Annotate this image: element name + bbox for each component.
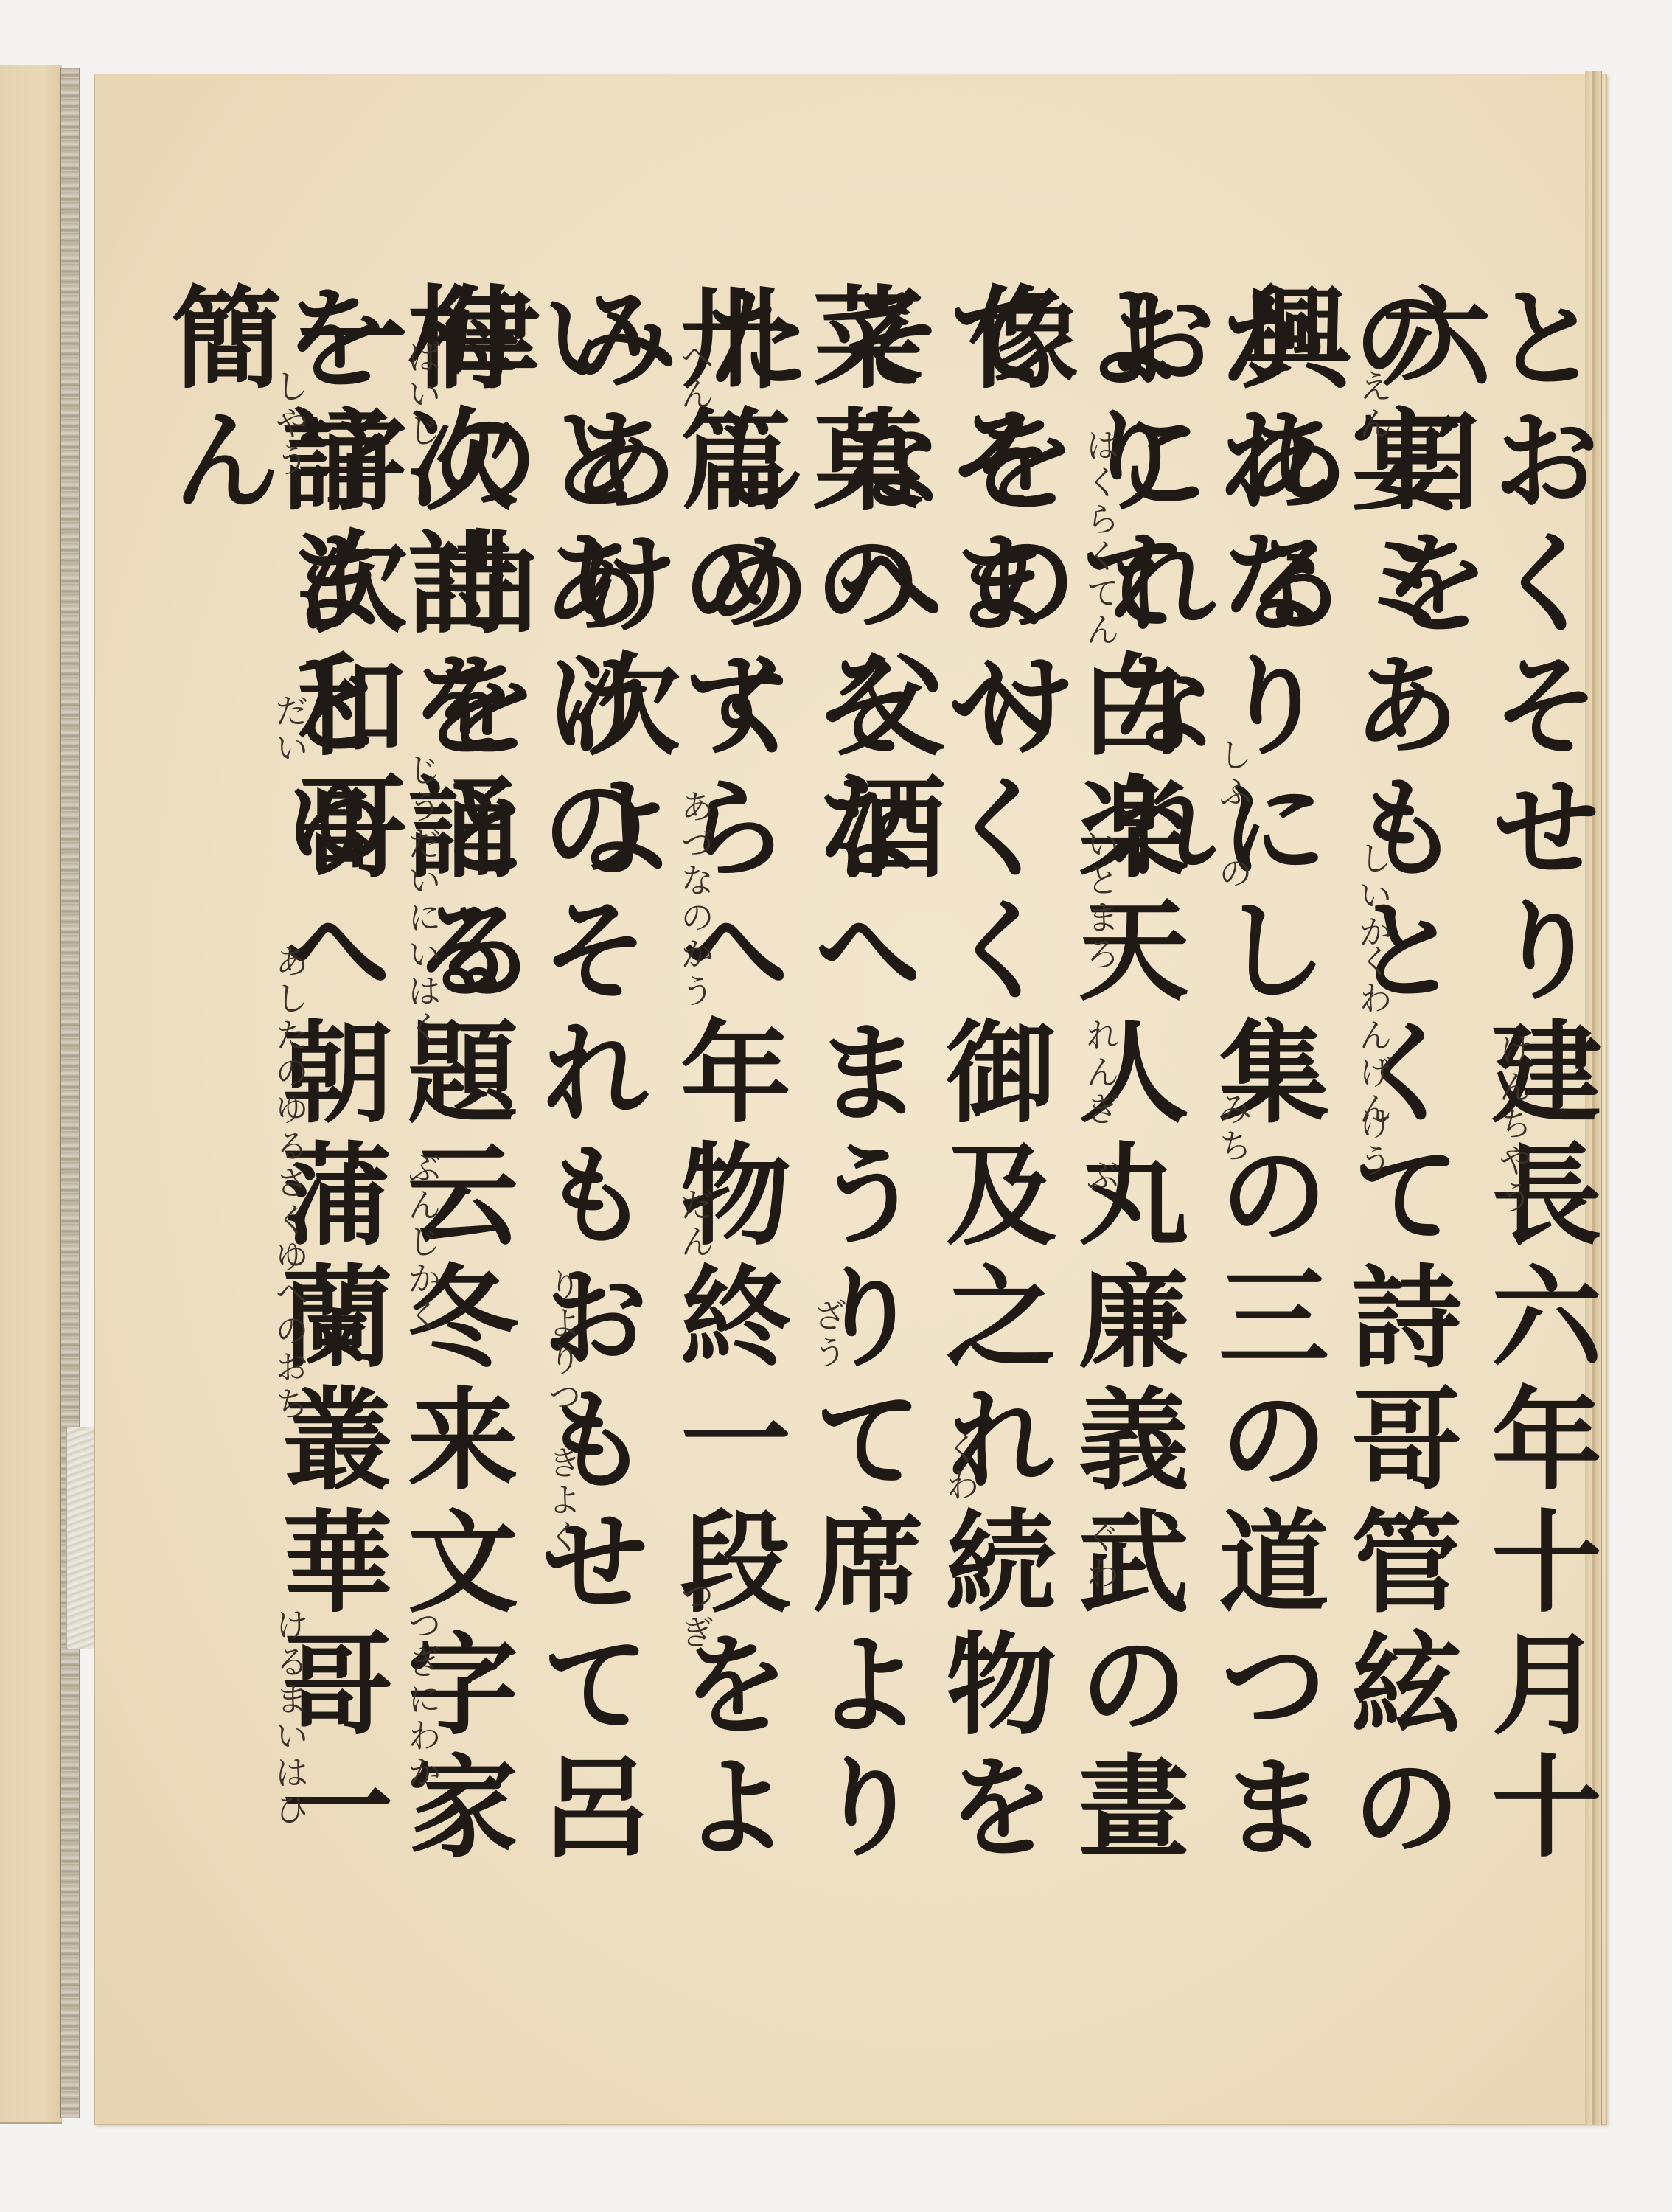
- furigana: だい: [273, 693, 307, 767]
- furigana: ざう: [811, 1298, 845, 1371]
- furigana: いとまろ: [1084, 826, 1118, 973]
- furigana: はくらくてん: [1084, 428, 1118, 649]
- furigana: ぶんじかく: [405, 1150, 439, 1335]
- furigana: きよく: [546, 1445, 579, 1556]
- furigana: けるまいはひ: [273, 1607, 307, 1829]
- previous-page-edge: [0, 65, 62, 2124]
- furigana: の: [1216, 855, 1250, 892]
- furigana: ぐわ: [1084, 1519, 1118, 1593]
- furigana: くわんげん: [1356, 944, 1390, 1128]
- furigana: しふ: [1216, 737, 1250, 811]
- furigana: けんちやう: [1497, 1032, 1530, 1217]
- furigana: じう: [405, 752, 439, 826]
- furigana: だいにいはく: [405, 826, 439, 1047]
- furigana: しいか: [1356, 841, 1390, 951]
- furigana: りよりつ: [546, 1268, 579, 1416]
- furigana: しやう: [273, 369, 307, 479]
- furigana: れんぎ: [1084, 1018, 1118, 1128]
- furigana: つぎ: [678, 1578, 712, 1652]
- furigana: えん: [1356, 369, 1390, 442]
- furigana: みち: [1216, 1091, 1250, 1165]
- furigana: ぶ: [1084, 1158, 1118, 1194]
- page-gap: [80, 0, 94, 2212]
- furigana: あづなのかう: [678, 789, 712, 1010]
- furigana: へん: [678, 339, 712, 413]
- text-block: とおくそせり建長六年十月十六日を の宴ミあもとくて詩哥管絃の興ある かれなりにし…: [177, 280, 1563, 1976]
- furigana: けう: [1356, 1106, 1390, 1180]
- binding-spine: [60, 68, 80, 2118]
- furigana: くわ: [944, 1430, 978, 1504]
- furigana: ばいじ: [405, 339, 439, 450]
- furigana: つぎにわか: [405, 1607, 439, 1792]
- furigana: だん: [678, 1187, 712, 1261]
- furigana: あしたのゆるさくゆへのおち: [273, 944, 307, 1423]
